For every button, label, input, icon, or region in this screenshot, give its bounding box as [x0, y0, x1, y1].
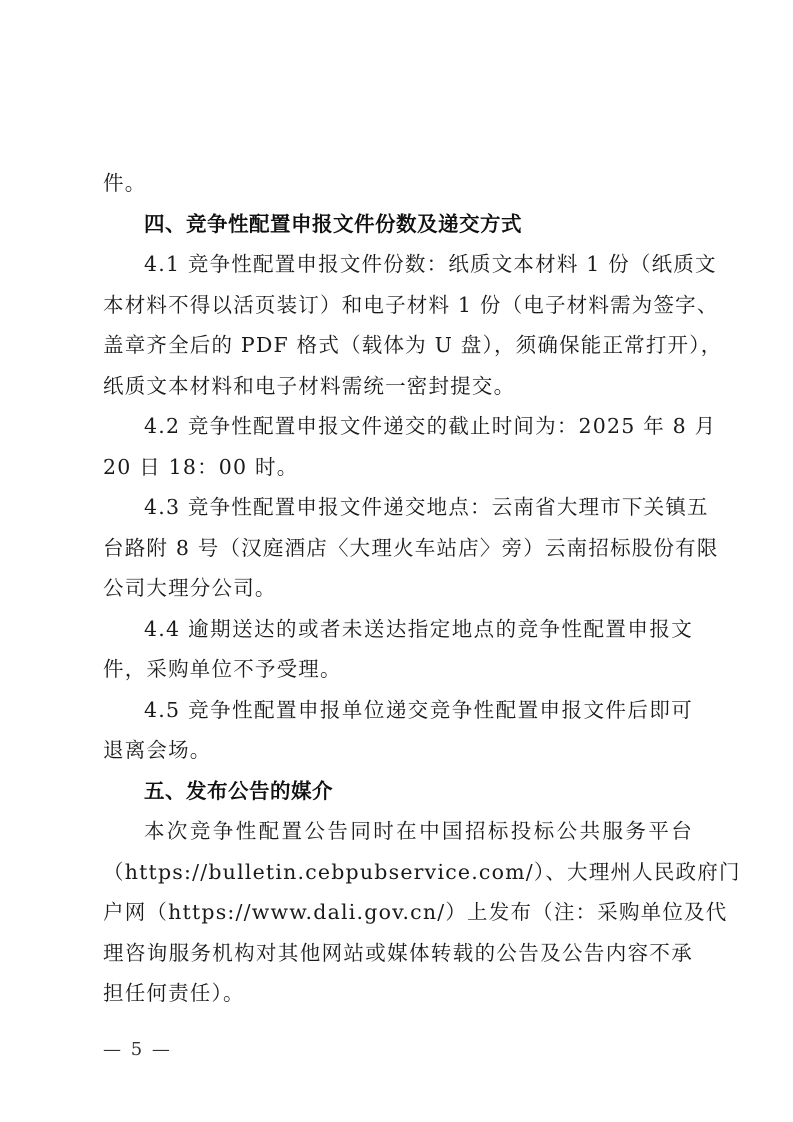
paragraph-4-2: 4.2 竞争性配置申报文件递交的截止时间为：2025 年 8 月 20 日 18…: [103, 406, 693, 487]
paragraph-line: 本材料不得以活页装订）和电子材料 1 份（电子材料需为签字、: [103, 285, 693, 326]
continuation-text: 件。: [103, 163, 693, 204]
paragraph-line: 20 日 18：00 时。: [103, 447, 693, 488]
paragraph-5: 本次竞争性配置公告同时在中国招标投标公共服务平台 （https://bullet…: [103, 811, 693, 1014]
paragraph-4-3: 4.3 竞争性配置申报文件递交地点：云南省大理市下关镇五 台路附 8 号（汉庭酒…: [103, 487, 693, 609]
paragraph-line: 理咨询服务机构对其他网站或媒体转载的公告及公告内容不承: [103, 933, 693, 974]
paragraph-line: 退离会场。: [103, 730, 693, 771]
page-number: — 5 —: [103, 1039, 172, 1060]
paragraph-line: 户网（https://www.dali.gov.cn/）上发布（注：采购单位及代: [103, 892, 693, 933]
paragraph-line: 纸质文本材料和电子材料需统一密封提交。: [103, 366, 693, 407]
paragraph-line: 4.1 竞争性配置申报文件份数：纸质文本材料 1 份（纸质文: [103, 244, 693, 285]
paragraph-4-5: 4.5 竞争性配置申报单位递交竞争性配置申报文件后即可 退离会场。: [103, 690, 693, 771]
paragraph-line: 4.5 竞争性配置申报单位递交竞争性配置申报文件后即可: [103, 690, 693, 731]
paragraph-4-1: 4.1 竞争性配置申报文件份数：纸质文本材料 1 份（纸质文 本材料不得以活页装…: [103, 244, 693, 406]
paragraph-line: 4.4 逾期送达的或者未送达指定地点的竞争性配置申报文: [103, 609, 693, 650]
paragraph-line: 本次竞争性配置公告同时在中国招标投标公共服务平台: [103, 811, 693, 852]
paragraph-line: 盖章齐全后的 PDF 格式（载体为 U 盘），须确保能正常打开），: [103, 325, 693, 366]
paragraph-4-4: 4.4 逾期送达的或者未送达指定地点的竞争性配置申报文 件，采购单位不予受理。: [103, 609, 693, 690]
paragraph-line: 担任何责任）。: [103, 973, 693, 1014]
document-page: 件。 四、竞争性配置申报文件份数及递交方式 4.1 竞争性配置申报文件份数：纸质…: [103, 163, 693, 1014]
section-4-heading: 四、竞争性配置申报文件份数及递交方式: [103, 204, 693, 245]
paragraph-line: 件，采购单位不予受理。: [103, 649, 693, 690]
paragraph-line: 4.2 竞争性配置申报文件递交的截止时间为：2025 年 8 月: [103, 406, 693, 447]
section-5-heading: 五、发布公告的媒介: [103, 771, 693, 812]
paragraph-line: 4.3 竞争性配置申报文件递交地点：云南省大理市下关镇五: [103, 487, 693, 528]
paragraph-line: 台路附 8 号（汉庭酒店〈大理火车站店〉旁）云南招标股份有限: [103, 528, 693, 569]
paragraph-line: 公司大理分公司。: [103, 568, 693, 609]
paragraph-line: （https://bulletin.cebpubservice.com/）、大理…: [103, 852, 693, 893]
